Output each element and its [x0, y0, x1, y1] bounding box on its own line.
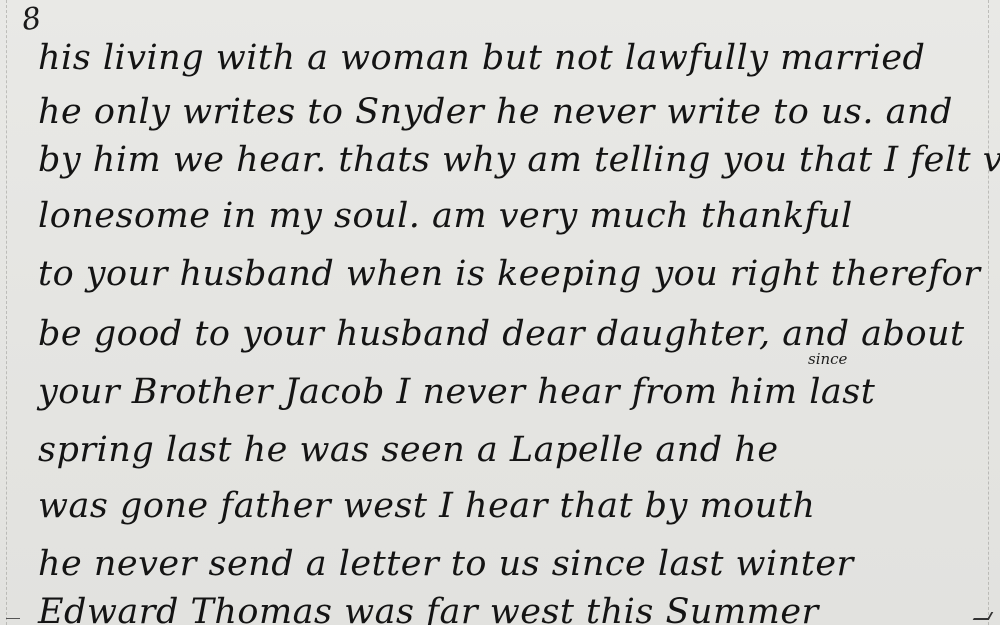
letter-line-5: to your husband when is keeping you righ… [38, 254, 988, 294]
letter-line-11: Edward Thomas was far west this Summer [38, 592, 988, 625]
letter-line-10: he never send a letter to us since last … [38, 544, 988, 584]
right-margin-line [988, 0, 989, 625]
bottom-left-mark [6, 618, 20, 619]
letter-line-8: spring last he was seen a Lapelle and he [38, 430, 988, 470]
inserted-word-since: since [808, 350, 847, 368]
left-margin-line [6, 0, 7, 625]
letter-page: 8 his living with a woman but not lawful… [0, 0, 1000, 625]
letter-line-3: by him we hear. thats why am telling you… [38, 140, 988, 180]
letter-line-7: your Brother Jacob I never hear from him… [38, 372, 988, 412]
letter-line-9: was gone father west I hear that by mout… [38, 486, 988, 526]
corner-mark [973, 612, 994, 620]
letter-line-2: he only writes to Snyder he never write … [38, 92, 988, 132]
page-number: 8 [20, 1, 44, 38]
letter-line-1: his living with a woman but not lawfully… [38, 38, 988, 78]
letter-line-6: be good to your husband dear daughter, a… [38, 314, 988, 354]
letter-line-4: lonesome in my soul. am very much thankf… [38, 196, 988, 236]
